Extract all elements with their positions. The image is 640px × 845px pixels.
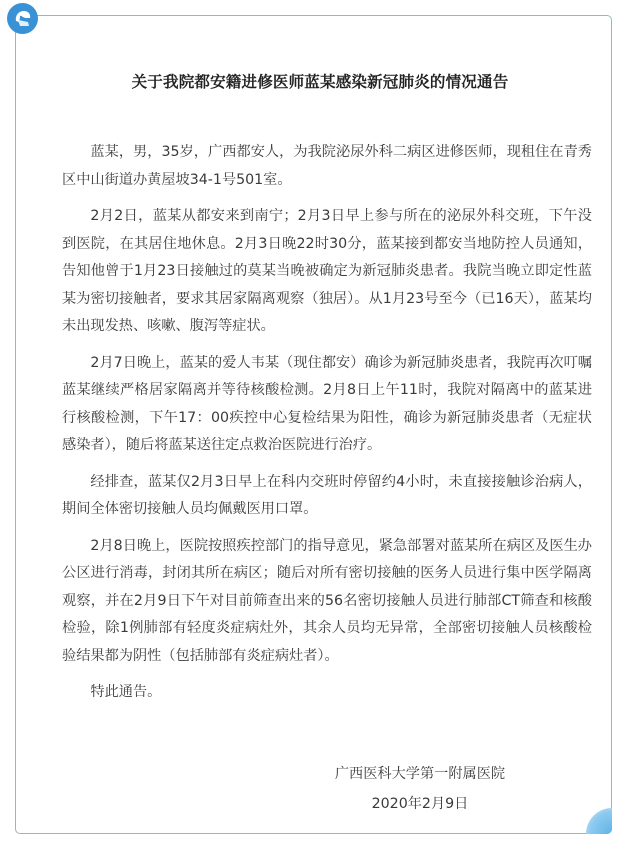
paragraph-closing: 特此通告。 (62, 679, 592, 707)
paragraph-contact-check: 经排查，蓝某仅2月3日早上在科内交班时停留约4小时，未直接接触诊治病人，期间全体… (62, 469, 592, 524)
paragraph-diagnosis: 2月7日晚上，蓝某的爱人韦某（现住都安）确诊为新冠肺炎患者，我院再次叮嘱蓝某继续… (62, 350, 592, 460)
signature-date: 2020年2月9日 (290, 793, 550, 813)
paragraph-timeline: 2月2日，蓝某从都安来到南宁；2月3日早上参与所在的泌尿外科交班，下午没到医院，… (62, 203, 592, 341)
paragraph-personal-info: 蓝某，男，35岁，广西都安人，为我院泌尿外科二病区进修医师，现租住在青秀区中山街… (62, 139, 592, 194)
masked-face-icon (7, 3, 38, 34)
signature-organization: 广西医科大学第一附属医院 (290, 763, 550, 783)
notice-body: 蓝某，男，35岁，广西都安人，为我院泌尿外科二病区进修医师，现租住在青秀区中山街… (62, 139, 592, 716)
paragraph-measures: 2月8日晚上，医院按照疾控部门的指导意见，紧急部署对蓝某所在病区及医生办公区进行… (62, 533, 592, 671)
notice-title: 关于我院都安籍进修医师蓝某感染新冠肺炎的情况通告 (0, 70, 640, 92)
